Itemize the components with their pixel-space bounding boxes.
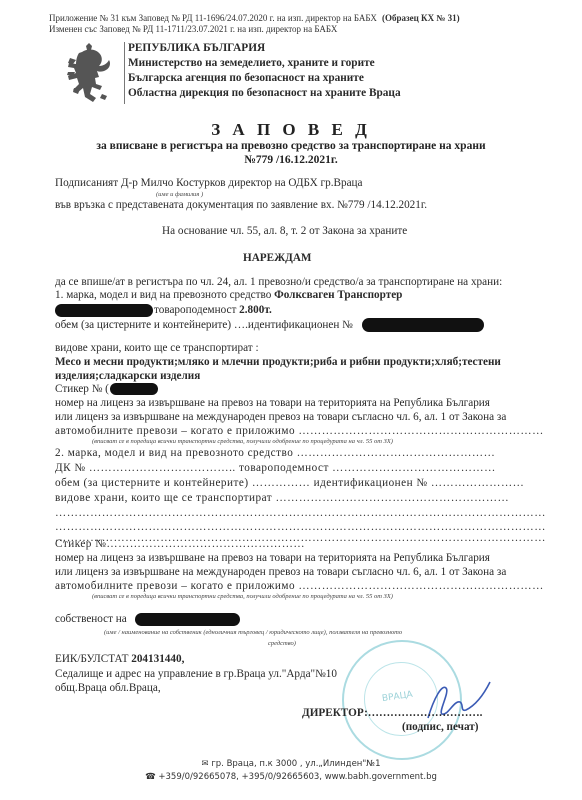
- eik-label: ЕИК/БУЛСТАТ: [55, 653, 131, 665]
- signer-line: Подписаният Д-р Милчо Костурков директор…: [55, 176, 363, 190]
- vehicle1-sticker-label: Стикер № (: [55, 382, 109, 396]
- org-directorate: Областна дирекция по безопасност на хран…: [128, 86, 401, 100]
- vehicle1-capacity-value: 2.800т.: [239, 304, 272, 316]
- vehicle1-capacity-label: товароподемност: [154, 304, 239, 316]
- eik-row: ЕИК/БУЛСТАТ 204131440,: [55, 652, 184, 666]
- vehicle1-license-line-2: или лиценз за извършване на международен…: [55, 410, 506, 424]
- annex-reference: Приложение № 31 към Заповед № РД 11-1696…: [49, 13, 377, 24]
- redacted-sticker: [110, 383, 158, 395]
- vehicle2-brand-line: 2. марка, модел и вид на превозното сред…: [55, 446, 495, 460]
- address-line-2: общ.Враца обл.Враца,: [55, 681, 161, 695]
- lion-coat-of-arms-icon: [62, 42, 118, 104]
- owner-note-1: (име / наименование на собственик (еднол…: [104, 629, 402, 636]
- vehicle1-volume-label: обем (за цистерните и контейнерите) ….ид…: [55, 318, 353, 332]
- vehicle1-license-line-1: номер на лиценз за извършване на превоз …: [55, 396, 490, 410]
- vehicle1-license-line-3: автомобилните превози – когато е приложи…: [55, 424, 544, 438]
- vehicle2-blank-line-1: ……………………………………………………………………………………………………………: [55, 506, 546, 520]
- vehicle2-license-line-3: автомобилните превози – когато е приложи…: [55, 579, 544, 593]
- vehicle2-volume-line: обем (за цистерните и контейнерите) ……………: [55, 476, 524, 490]
- legal-basis: На основание чл. 55, ал. 8, т. 2 от Зако…: [162, 224, 407, 238]
- signer-note: (име и фамилия ): [156, 191, 203, 198]
- org-agency: Българска агенция по безопасност на хран…: [128, 71, 364, 85]
- order-word: НАРЕЖДАМ: [243, 251, 311, 265]
- vehicle1-brand-row: 1. марка, модел и вид на превозното сред…: [55, 288, 402, 302]
- page-title: З А П О В Е Д: [0, 120, 582, 140]
- vehicle1-brand-value: Фолксваген Транспортер: [274, 289, 402, 301]
- vehicle1-food-types-label: видове храни, които ще се транспортират …: [55, 341, 259, 355]
- org-ministry: Министерство на земеделието, храните и г…: [128, 56, 375, 70]
- order-number: №779 /16.12.2021г.: [0, 154, 582, 166]
- order-subtitle: за вписване в регистъра на превозно сред…: [0, 140, 582, 152]
- vehicle2-license-line-2: или лиценз за извършване на международен…: [55, 565, 506, 579]
- vehicle2-note: (вписват се в поредица всички транспортн…: [92, 593, 393, 600]
- owner-note-2: средство): [268, 640, 296, 647]
- owner-label: собственост на: [55, 612, 127, 626]
- vehicle1-brand-label: 1. марка, модел и вид на превозното сред…: [55, 289, 274, 301]
- vehicle2-sticker-line: Стикер №……………………………………………: [55, 537, 305, 551]
- docs-line: във връзка с представената документация …: [55, 198, 427, 212]
- eik-value: 204131440,: [131, 653, 184, 665]
- vehicle1-note: (вписват се в поредица всички транспортн…: [92, 438, 393, 445]
- sample-label: (Образец КХ № 31): [382, 13, 460, 24]
- redacted-vin: [362, 318, 484, 332]
- envelope-icon: ✉: [201, 759, 208, 769]
- header-divider: [124, 42, 125, 104]
- amendment-reference: Изменен със Заповед № РД 11-1711/23.07.2…: [49, 24, 337, 35]
- signature-note: (подпис, печат): [402, 720, 479, 734]
- redacted-owner: [135, 613, 240, 626]
- phone-icon: ☎: [145, 772, 156, 782]
- vehicle1-capacity-row: товароподемност 2.800т.: [154, 303, 272, 317]
- org-country: РЕПУБЛИКА БЪЛГАРИЯ: [128, 41, 265, 55]
- footer-address: ✉ гр. Враца, п.к 3000 , ул.„Илинден"№1: [0, 759, 582, 769]
- vehicle1-food-types-value: Месо и месни продукти;мляко и млечни про…: [55, 355, 525, 383]
- vehicle2-food-line: видове храни, които ще се транспортират …: [55, 491, 509, 505]
- register-line: да се впише/ат в регистъра по чл. 24, ал…: [55, 275, 502, 289]
- vehicle2-dk-line: ДК № ……………………………….. товароподемност ……………: [55, 461, 496, 475]
- redacted-registration: [55, 304, 153, 317]
- address-line-1: Седалище и адрес на управление в гр.Врац…: [55, 667, 337, 681]
- footer-contacts: ☎ +359/0/92665078, +395/0/92665603, www.…: [0, 772, 582, 782]
- vehicle2-license-line-1: номер на лиценз за извършване на превоз …: [55, 551, 490, 565]
- director-label: ДИРЕКТОР:………………………….: [302, 706, 482, 720]
